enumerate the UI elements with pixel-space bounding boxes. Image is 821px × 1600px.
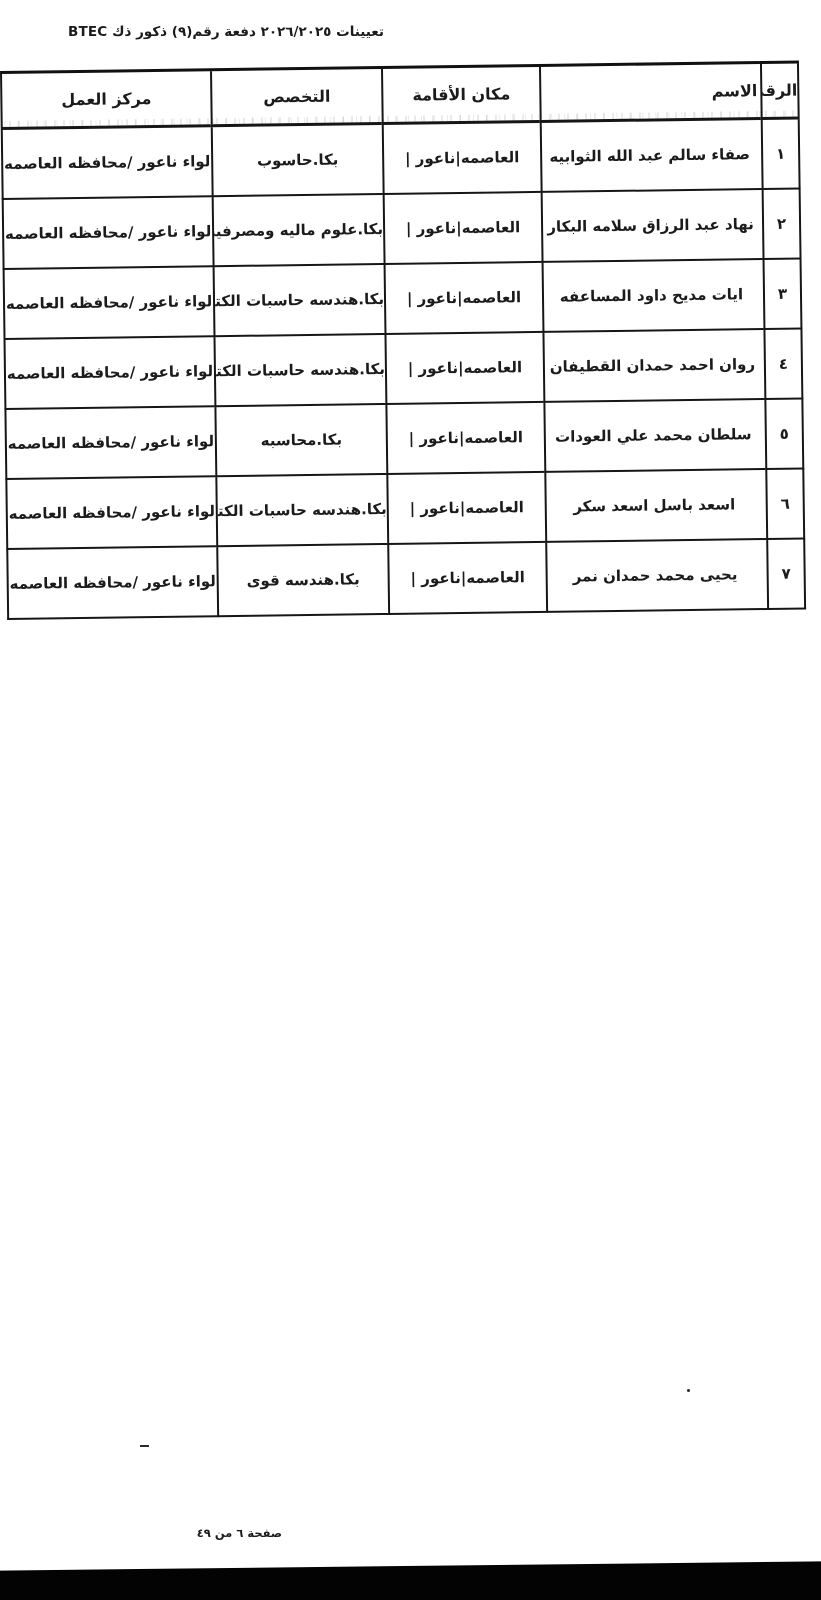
cell-name: يحيى محمد حمدان نمر: [546, 538, 768, 611]
cell-number: ٤: [764, 328, 802, 398]
cell-major: بكا.هندسه حاسبات الكترونيه: [214, 333, 386, 405]
cell-number: ٥: [765, 398, 803, 468]
cell-residence: العاصمه|ناعور |: [385, 331, 544, 403]
cell-residence: العاصمه|ناعور |: [383, 121, 542, 193]
cell-work-center: لواء ناعور /محافظه العاصمه: [7, 546, 218, 619]
cell-major: بكا.حاسوب: [212, 123, 384, 195]
cell-number: ١: [762, 118, 800, 188]
cell-work-center: لواء ناعور /محافظه العاصمه: [3, 196, 214, 269]
cell-work-center: لواء ناعور /محافظه العاصمه: [5, 336, 216, 409]
header-number: الرقم: [761, 62, 799, 118]
cell-major: بكا.علوم ماليه ومصرفيه: [213, 193, 385, 265]
cell-major: بكا.محاسبه: [215, 403, 387, 475]
cell-residence: العاصمه|ناعور |: [387, 471, 546, 543]
appointments-table: الرقم الاسم مكان الأقامة التخصص مركز الع…: [0, 61, 806, 620]
cell-name: صفاء سالم عبد الله الثوابيه: [541, 119, 763, 192]
cell-name: روان احمد حمدان القطيفان: [543, 329, 765, 402]
cell-name: سلطان محمد علي العودات: [544, 399, 766, 472]
table-row: ٧ يحيى محمد حمدان نمر العاصمه|ناعور | بك…: [7, 538, 805, 618]
page-number: صفحة ٦ من ٤٩: [222, 1526, 282, 1540]
scan-speck-dash: [140, 1445, 149, 1447]
cell-number: ٢: [763, 188, 801, 258]
cell-number: ٦: [766, 468, 804, 538]
header-name: الاسم: [540, 63, 762, 122]
cell-work-center: لواء ناعور /محافظه العاصمه: [6, 476, 217, 549]
cell-residence: العاصمه|ناعور |: [386, 401, 545, 473]
scanned-page: تعيينات ٢٠٢٦/٢٠٢٥ دفعة رقم(٩) ذكور ذك BT…: [0, 0, 821, 1600]
cell-number: ٣: [764, 258, 802, 328]
cell-residence: العاصمه|ناعور |: [384, 191, 543, 263]
cell-work-center: لواء ناعور /محافظه العاصمه: [2, 126, 213, 199]
scan-speck-dot: [687, 1389, 690, 1392]
cell-work-center: لواء ناعور /محافظه العاصمه: [5, 406, 216, 479]
document-title: تعيينات ٢٠٢٦/٢٠٢٥ دفعة رقم(٩) ذكور ذك BT…: [128, 24, 384, 40]
cell-name: نهاد عبد الرزاق سلامه البكار: [542, 189, 764, 262]
header-residence: مكان الأقامة: [382, 65, 541, 123]
table-row: ٢ نهاد عبد الرزاق سلامه البكار العاصمه|ن…: [3, 188, 801, 268]
cell-name: ايات مديح داود المساعفه: [543, 259, 765, 332]
table-row: ٤ روان احمد حمدان القطيفان العاصمه|ناعور…: [5, 328, 803, 408]
cell-work-center: لواء ناعور /محافظه العاصمه: [4, 266, 215, 339]
table-row: ٥ سلطان محمد علي العودات العاصمه|ناعور |…: [5, 398, 803, 478]
scanner-edge-artifact: [0, 1558, 821, 1600]
cell-number: ٧: [767, 538, 805, 608]
cell-major: بكا.هندسه حاسبات الكترونيه: [216, 473, 388, 545]
cell-residence: العاصمه|ناعور |: [388, 541, 547, 613]
cell-major: بكا.هندسه قوى: [217, 543, 389, 615]
table-row: ٣ ايات مديح داود المساعفه العاصمه|ناعور …: [4, 258, 802, 338]
cell-major: بكا.هندسه حاسبات الكترونيه: [214, 263, 386, 335]
header-row: الرقم الاسم مكان الأقامة التخصص مركز الع…: [1, 62, 799, 128]
table-row: ٦ اسعد باسل اسعد سكر العاصمه|ناعور | بكا…: [6, 468, 804, 548]
header-work-center: مركز العمل: [1, 70, 212, 129]
header-major: التخصص: [211, 67, 383, 125]
table-skew-wrapper: الرقم الاسم مكان الأقامة التخصص مركز الع…: [0, 61, 804, 620]
cell-name: اسعد باسل اسعد سكر: [545, 469, 767, 542]
cell-residence: العاصمه|ناعور |: [385, 261, 544, 333]
table-row: ١ صفاء سالم عبد الله الثوابيه العاصمه|نا…: [2, 118, 800, 198]
